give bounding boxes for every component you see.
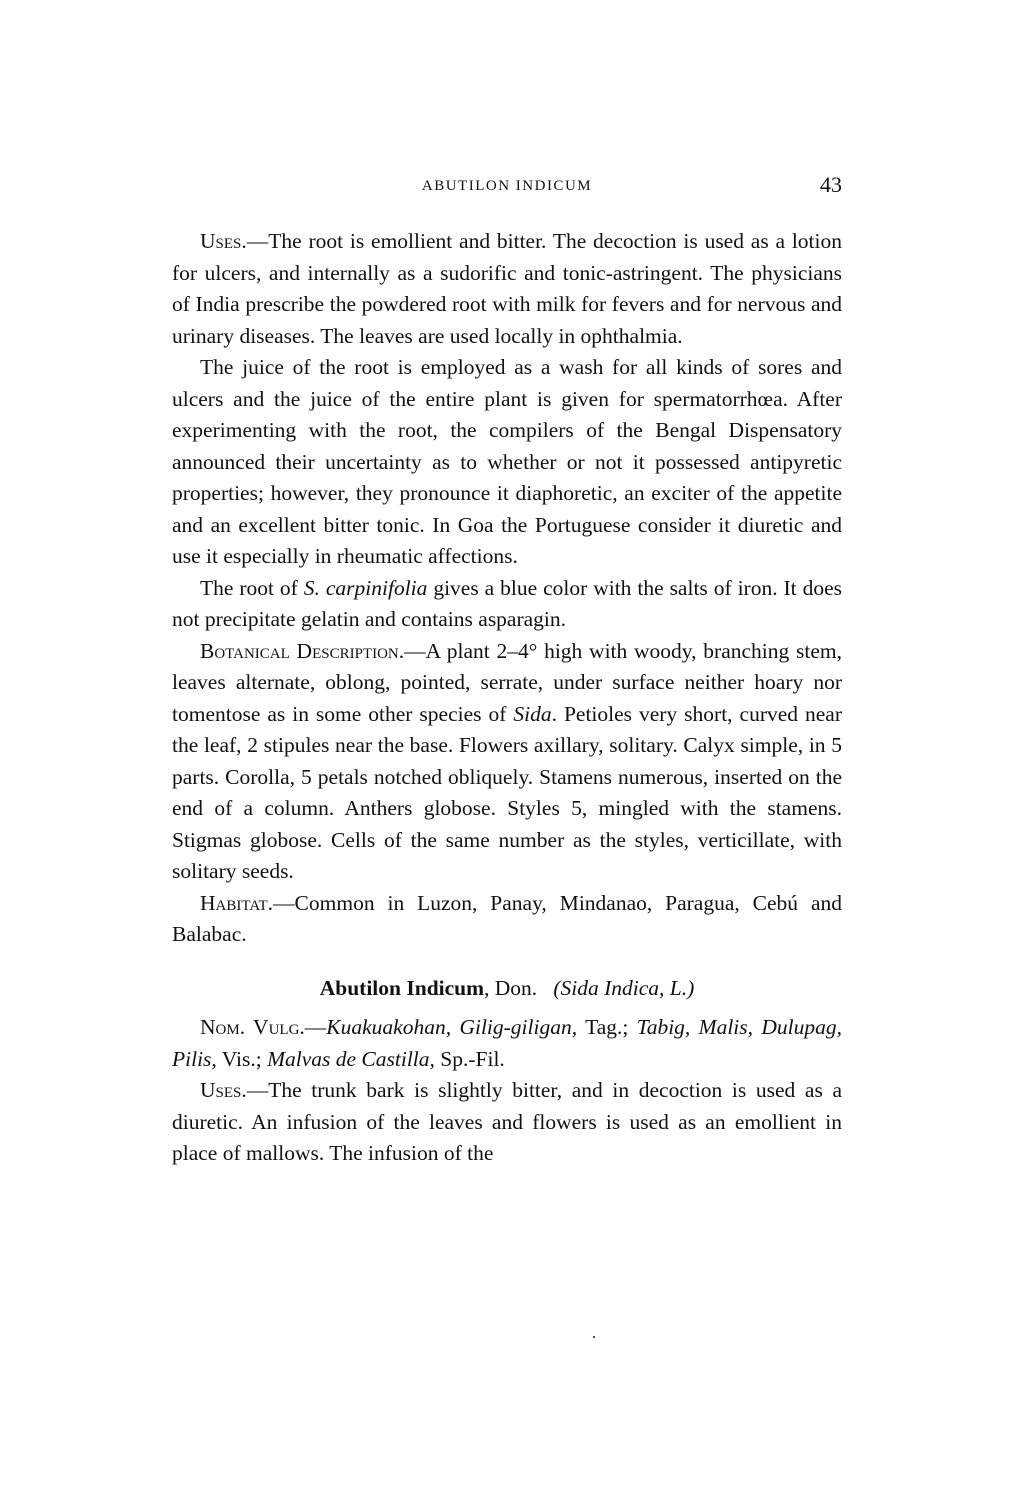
- nom-vulg-label: Nom. Vulg.: [200, 1015, 305, 1039]
- species-synonym: (Sida Indica, L.): [553, 976, 694, 1000]
- botanical-description-paragraph: Botanical Description.—A plant 2–4° high…: [172, 636, 842, 888]
- botanical-label: Botanical Description.: [200, 639, 404, 663]
- scan-speck: [593, 1336, 595, 1338]
- carpinifolia-paragraph: The root of S. carpinifolia gives a blue…: [172, 573, 842, 636]
- nom-vulg-paragraph: Nom. Vulg.—Kuakuakohan, Gilig-giligan, T…: [172, 1012, 842, 1075]
- page-number: 43: [820, 172, 842, 198]
- species-name: S. carpinifolia: [304, 576, 428, 600]
- habitat-label: Habitat.: [200, 891, 273, 915]
- habitat-paragraph: Habitat.—Common in Luzon, Panay, Mindana…: [172, 888, 842, 951]
- uses-paragraph: Uses.—The root is emollient and bitter. …: [172, 226, 842, 352]
- species-heading: Abutilon Indicum, Don. (Sida Indica, L.): [172, 973, 842, 1005]
- uses-paragraph-2: Uses.—The trunk bark is slightly bitter,…: [172, 1075, 842, 1170]
- running-title: ABUTILON INDICUM: [172, 178, 842, 195]
- uses-label-2: Uses.: [200, 1078, 247, 1102]
- running-header: ABUTILON INDICUM 43: [172, 172, 842, 204]
- species-title: Abutilon Indicum: [320, 976, 484, 1000]
- juice-paragraph: The juice of the root is employed as a w…: [172, 352, 842, 573]
- uses-label: Uses.: [200, 229, 247, 253]
- genus-name: Sida: [513, 702, 551, 726]
- page-body: Uses.—The root is emollient and bitter. …: [172, 226, 842, 1170]
- book-page: ABUTILON INDICUM 43 Uses.—The root is em…: [172, 172, 842, 1170]
